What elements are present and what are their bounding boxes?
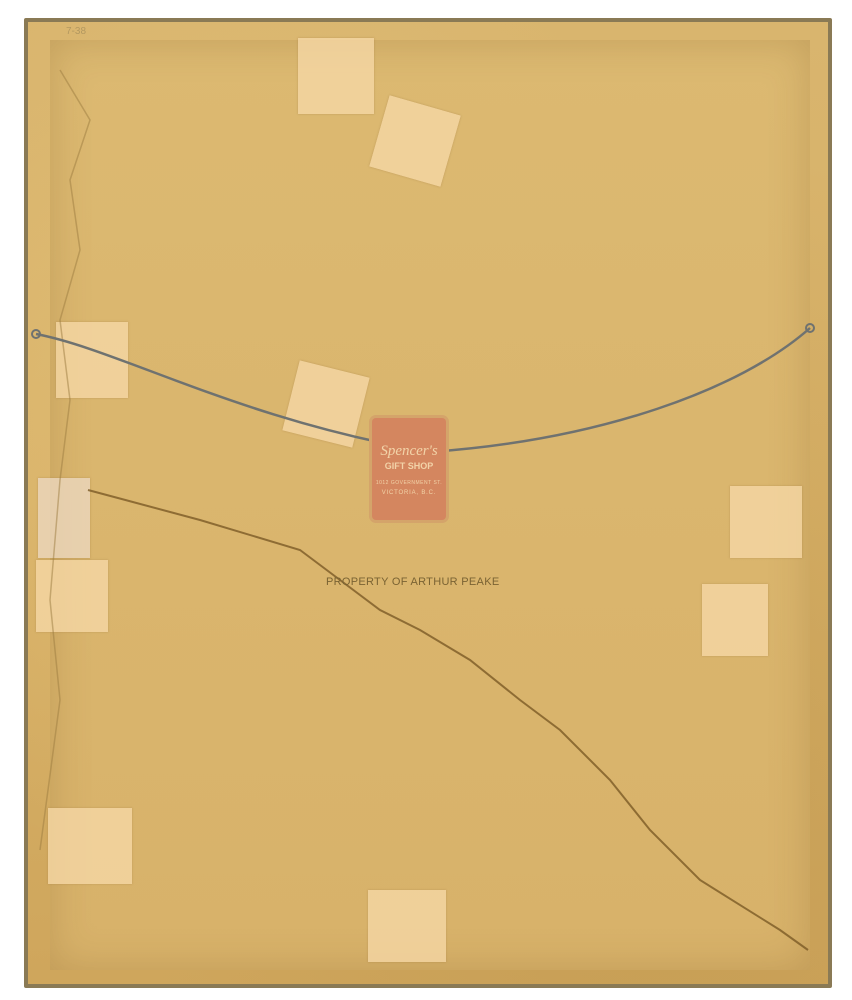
label-shop-name: Spencer's [372,444,446,459]
ownership-stamp: PROPERTY OF ARTHUR PEAKE [326,576,499,588]
label-city: VICTORIA, B.C. [372,490,446,496]
label-address: 1012 GOVERNMENT ST. [372,480,446,486]
label-shop-sub: GIFT SHOP [372,461,446,471]
retailer-label: Spencer's GIFT SHOP 1012 GOVERNMENT ST. … [372,418,446,520]
